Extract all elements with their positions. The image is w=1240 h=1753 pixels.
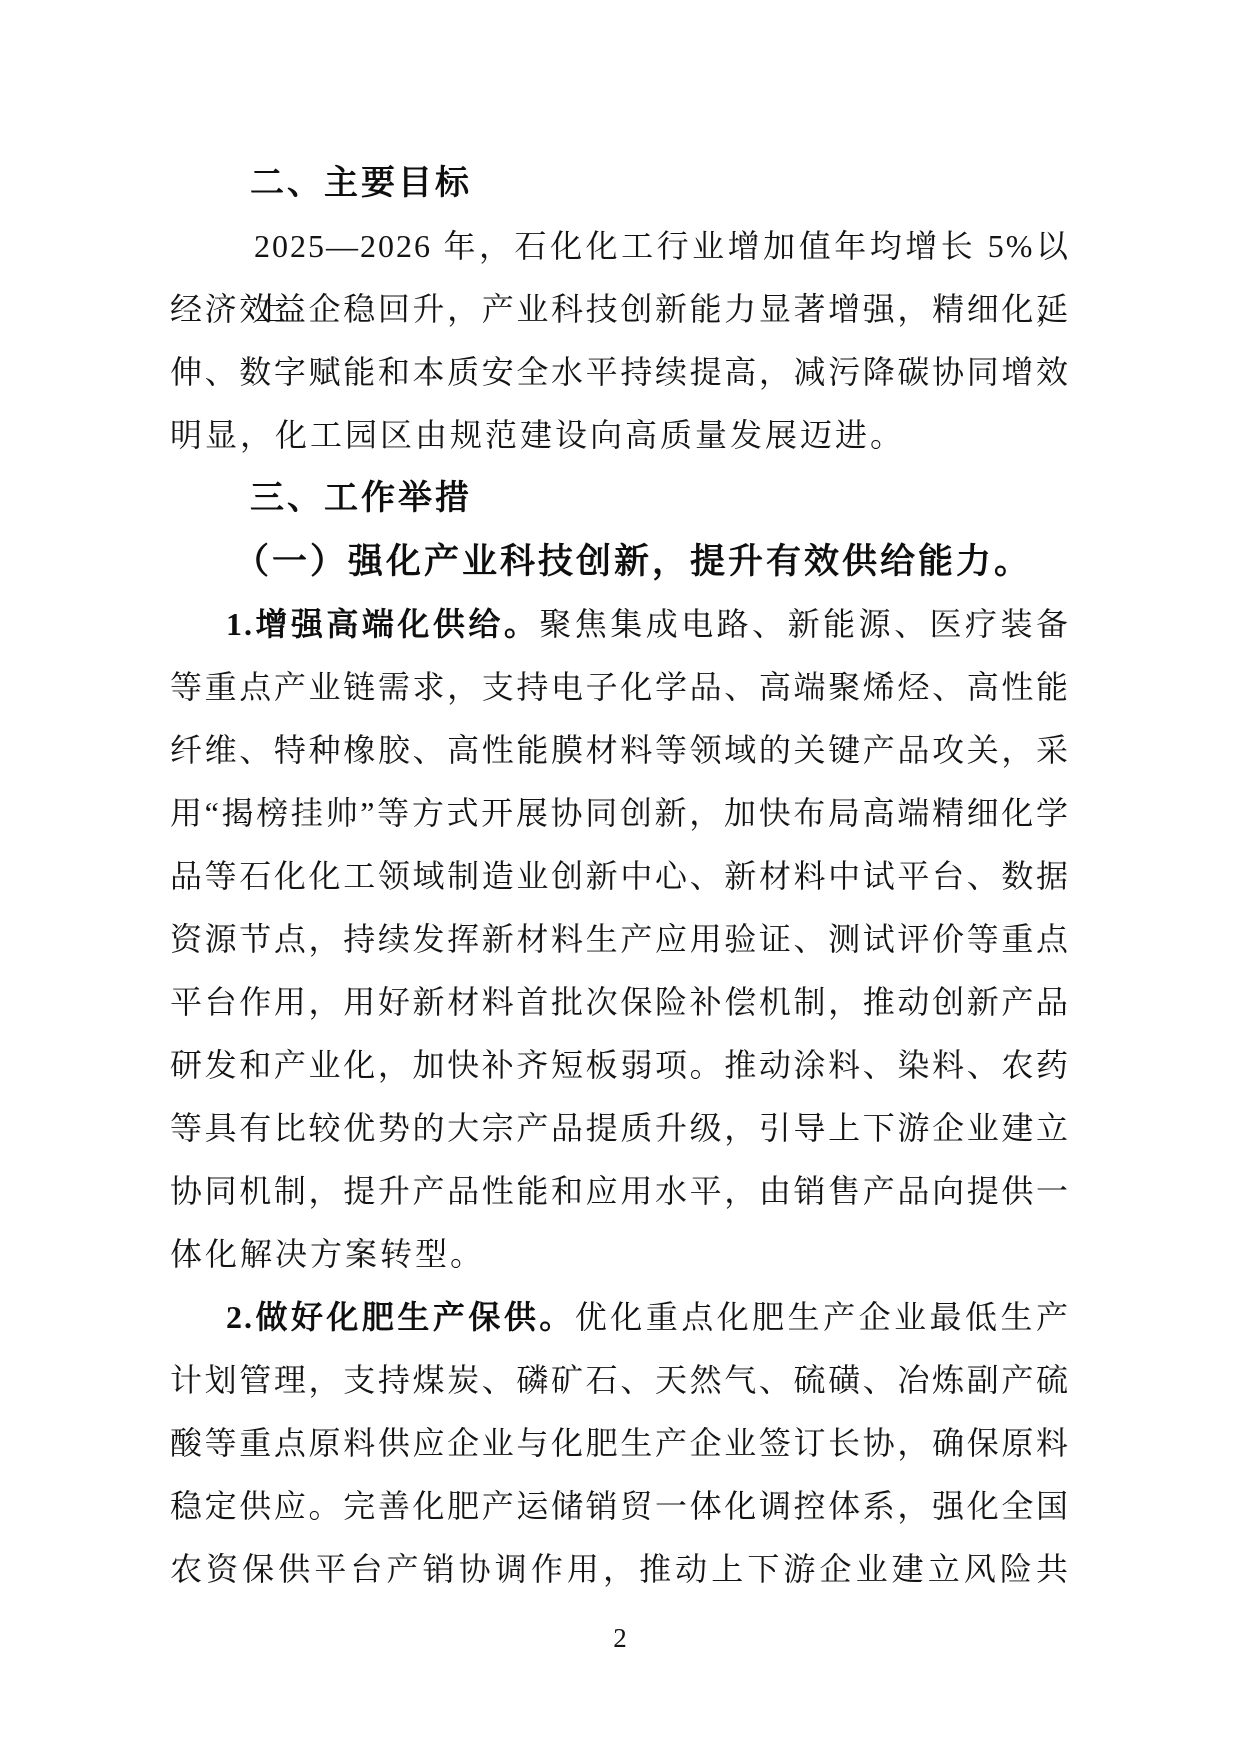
- section-heading-3-text: 三、工作举措: [250, 479, 472, 517]
- paragraph-text: 明显，化工园区由规范建设向高质量发展迈进。: [170, 417, 905, 453]
- subsection-heading-1-text: （一）强化产业科技创新，提升有效供给能力。: [234, 542, 1032, 581]
- paragraph-text: 用“揭榜挂帅”等方式开展协同创新，加快布局高端精细化学: [170, 795, 1070, 831]
- page-number: 2: [0, 1618, 1240, 1658]
- paragraph-item-2-line-5: 农资保供平台产销协调作用，推动上下游企业建立风险共: [170, 1538, 1070, 1601]
- paragraph-item-1-line-8: 研发和产业化，加快补齐短板弱项。推动涂料、染料、农药: [170, 1034, 1070, 1097]
- item-2-lead: 2.做好化肥生产保供。: [226, 1299, 575, 1335]
- paragraph-goals-line-1: 2025—2026 年，石化化工行业增加值年均增长 5%以上，: [170, 215, 1070, 278]
- paragraph-text: 研发和产业化，加快补齐短板弱项。推动涂料、染料、农药: [170, 1047, 1070, 1083]
- paragraph-item-2-line-3: 酸等重点原料供应企业与化肥生产企业签订长协，确保原料: [170, 1412, 1070, 1475]
- paragraph-text: 品等石化化工领域制造业创新中心、新材料中试平台、数据: [170, 858, 1070, 894]
- section-heading-3: 三、工作举措: [170, 467, 1070, 530]
- paragraph-text: 协同机制，提升产品性能和应用水平，由销售产品向提供一: [170, 1173, 1070, 1209]
- document-text-block: 二、主要目标 2025—2026 年，石化化工行业增加值年均增长 5%以上， 经…: [170, 152, 1070, 1601]
- paragraph-text: 聚焦集成电路、新能源、医疗装备: [539, 606, 1070, 642]
- paragraph-item-1-line-11: 体化解决方案转型。: [170, 1223, 1070, 1286]
- paragraph-text: 体化解决方案转型。: [170, 1236, 485, 1272]
- paragraph-goals-line-3: 伸、数字赋能和本质安全水平持续提高，减污降碳协同增效: [170, 341, 1070, 404]
- paragraph-text: 伸、数字赋能和本质安全水平持续提高，减污降碳协同增效: [170, 354, 1070, 390]
- paragraph-text: 农资保供平台产销协调作用，推动上下游企业建立风险共: [170, 1551, 1070, 1587]
- section-heading-2: 二、主要目标: [170, 152, 1070, 215]
- paragraph-text: 酸等重点原料供应企业与化肥生产企业签订长协，确保原料: [170, 1425, 1070, 1461]
- document-page: 二、主要目标 2025—2026 年，石化化工行业增加值年均增长 5%以上， 经…: [0, 0, 1240, 1753]
- paragraph-item-1-line-7: 平台作用，用好新材料首批次保险补偿机制，推动创新产品: [170, 971, 1070, 1034]
- paragraph-text: 资源节点，持续发挥新材料生产应用验证、测试评价等重点: [170, 921, 1070, 957]
- paragraph-text: 经济效益企稳回升，产业科技创新能力显著增强，精细化延: [170, 291, 1070, 327]
- paragraph-item-1-line-9: 等具有比较优势的大宗产品提质升级，引导上下游企业建立: [170, 1097, 1070, 1160]
- subsection-heading-1: （一）强化产业科技创新，提升有效供给能力。: [170, 530, 1070, 593]
- paragraph-item-1-line-2: 等重点产业链需求，支持电子化学品、高端聚烯烃、高性能: [170, 656, 1070, 719]
- paragraph-item-2-line-2: 计划管理，支持煤炭、磷矿石、天然气、硫磺、冶炼副产硫: [170, 1349, 1070, 1412]
- paragraph-item-1-line-4: 用“揭榜挂帅”等方式开展协同创新，加快布局高端精细化学: [170, 782, 1070, 845]
- paragraph-item-1-line-6: 资源节点，持续发挥新材料生产应用验证、测试评价等重点: [170, 908, 1070, 971]
- paragraph-item-1-line-5: 品等石化化工领域制造业创新中心、新材料中试平台、数据: [170, 845, 1070, 908]
- paragraph-goals-line-2: 经济效益企稳回升，产业科技创新能力显著增强，精细化延: [170, 278, 1070, 341]
- paragraph-text: 等具有比较优势的大宗产品提质升级，引导上下游企业建立: [170, 1110, 1070, 1146]
- paragraph-text: 计划管理，支持煤炭、磷矿石、天然气、硫磺、冶炼副产硫: [170, 1362, 1070, 1398]
- paragraph-item-1-line-1: 1.增强高端化供给。聚焦集成电路、新能源、医疗装备: [170, 593, 1070, 656]
- paragraph-goals-line-4: 明显，化工园区由规范建设向高质量发展迈进。: [170, 404, 1070, 467]
- paragraph-text: 平台作用，用好新材料首批次保险补偿机制，推动创新产品: [170, 984, 1070, 1020]
- paragraph-item-1-line-3: 纤维、特种橡胶、高性能膜材料等领域的关键产品攻关，采: [170, 719, 1070, 782]
- paragraph-item-2-line-4: 稳定供应。完善化肥产运储销贸一体化调控体系，强化全国: [170, 1475, 1070, 1538]
- paragraph-text: 纤维、特种橡胶、高性能膜材料等领域的关键产品攻关，采: [170, 732, 1070, 768]
- paragraph-text: 稳定供应。完善化肥产运储销贸一体化调控体系，强化全国: [170, 1488, 1070, 1524]
- paragraph-text: 等重点产业链需求，支持电子化学品、高端聚烯烃、高性能: [170, 669, 1070, 705]
- item-1-lead: 1.增强高端化供给。: [226, 606, 539, 642]
- paragraph-item-2-line-1: 2.做好化肥生产保供。优化重点化肥生产企业最低生产: [170, 1286, 1070, 1349]
- section-heading-2-text: 二、主要目标: [250, 164, 472, 202]
- paragraph-text: 优化重点化肥生产企业最低生产: [575, 1299, 1070, 1335]
- paragraph-item-1-line-10: 协同机制，提升产品性能和应用水平，由销售产品向提供一: [170, 1160, 1070, 1223]
